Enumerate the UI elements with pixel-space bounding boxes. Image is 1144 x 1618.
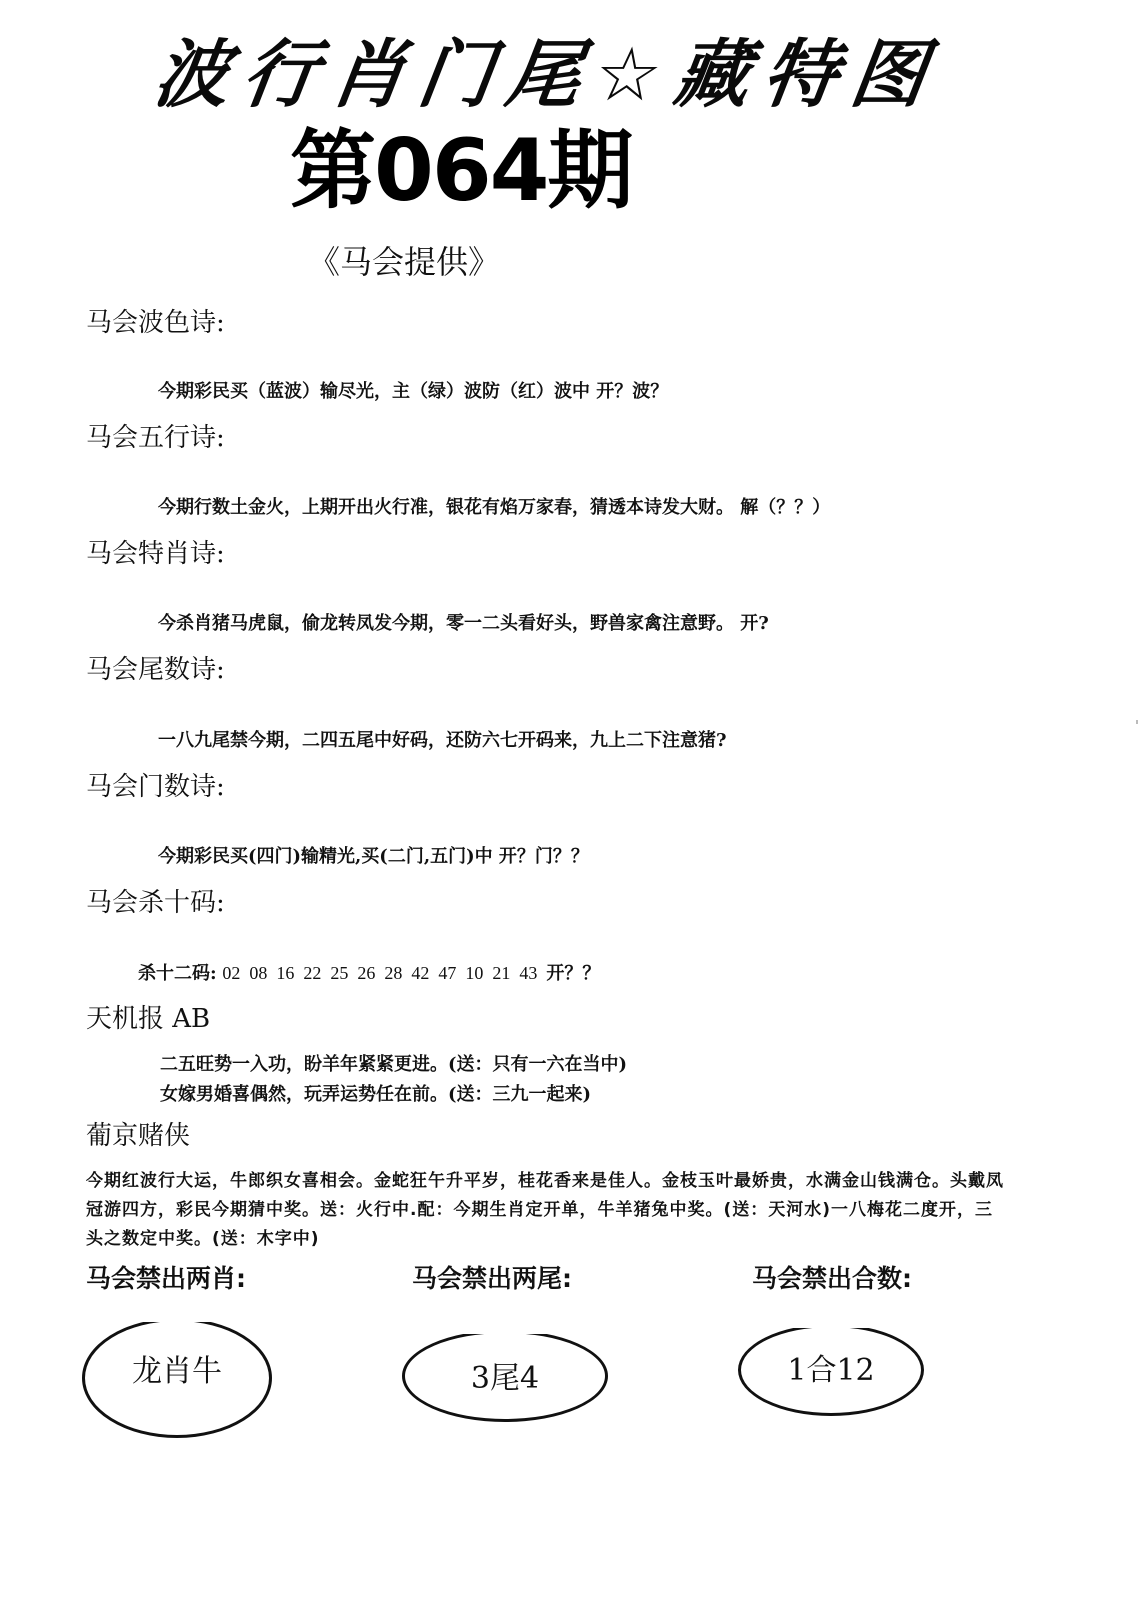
kill-code: 47 xyxy=(438,963,456,983)
section-body-door-number: 今期彩民买(四门)输精光,买(二门,五门)中 开？门？？ xyxy=(158,848,589,866)
kill-code: 26 xyxy=(357,963,375,983)
ban-value-zodiac: 龙肖牛 xyxy=(132,1357,222,1387)
section-body-five-elements: 今期行数土金火，上期开出火行准，银花有焰万家春，猜透本诗发大财。 解（？？） xyxy=(158,499,830,517)
kill-codes-tail: 开？？ xyxy=(546,963,600,984)
tianji-line: 女嫁男婚喜偶然，玩弄运势任在前。(送：三九一起来) xyxy=(160,1080,627,1110)
ban-ellipse-zodiac: 龙肖牛 xyxy=(82,1318,272,1438)
kill-code: 43 xyxy=(519,963,537,983)
kill-code: 08 xyxy=(249,963,267,983)
kill-code: 02 xyxy=(222,963,240,983)
section-title-five-elements: 马会五行诗: xyxy=(86,425,225,451)
kill-code: 22 xyxy=(303,963,321,983)
scan-speck xyxy=(1136,720,1138,724)
ban-ellipse-tail: 3尾4 xyxy=(402,1330,608,1422)
kill-codes-label: 杀十二码: xyxy=(138,963,217,984)
section-title-special-zodiac: 马会特肖诗: xyxy=(86,541,225,567)
ban-ellipse-sum: 1合12 xyxy=(738,1324,924,1416)
section-title-wave-color: 马会波色诗: xyxy=(86,310,225,336)
ban-value-sum: 1合12 xyxy=(787,1356,874,1386)
tianji-lines: 二五旺势一入功，盼羊年紧紧更进。(送：只有一六在当中) 女嫁男婚喜偶然，玩弄运势… xyxy=(160,1050,627,1110)
tianji-title: 天机报 AB xyxy=(86,1006,210,1032)
section-title-tail-number: 马会尾数诗: xyxy=(86,657,225,683)
section-body-special-zodiac: 今杀肖猪马虎鼠，偷龙转凤发今期，零一二头看好头，野兽家禽注意野。 开? xyxy=(158,615,769,633)
provider-label: 《马会提供》 xyxy=(308,246,500,278)
issue-number: 第064期 xyxy=(290,128,632,214)
pujing-title: 葡京赌侠 xyxy=(86,1123,190,1149)
tianji-line: 二五旺势一入功，盼羊年紧紧更进。(送：只有一六在当中) xyxy=(160,1050,627,1080)
pujing-body: 今期红波行大运，牛郎织女喜相会。金蛇狂午升平岁，桂花香来是佳人。金枝玉叶最娇贵，… xyxy=(86,1167,1006,1254)
section-body-tail-number: 一八九尾禁今期，二四五尾中好码，还防六七开码来，九上二下注意猪? xyxy=(158,732,727,750)
section-title-door-number: 马会门数诗: xyxy=(86,774,225,800)
kill-code: 42 xyxy=(411,963,429,983)
section-title-kill-ten: 马会杀十码: xyxy=(86,890,225,916)
kill-codes-line: 杀十二码: 020816222526284247102143开？？ xyxy=(138,964,600,983)
ban-title-zodiac: 马会禁出两肖: xyxy=(86,1266,246,1291)
banner-title: 波行肖门尾☆藏特图 xyxy=(150,38,945,112)
kill-code: 16 xyxy=(276,963,294,983)
section-body-wave-color: 今期彩民买（蓝波）输尽光，主（绿）波防（红）波中 开？波？ xyxy=(158,383,668,401)
ban-value-tail: 3尾4 xyxy=(471,1364,539,1394)
kill-code: 25 xyxy=(330,963,348,983)
kill-code: 10 xyxy=(465,963,483,983)
kill-code: 21 xyxy=(492,963,510,983)
ban-title-tail: 马会禁出两尾: xyxy=(412,1266,572,1291)
kill-code: 28 xyxy=(384,963,402,983)
ban-title-sum: 马会禁出合数: xyxy=(752,1266,912,1291)
